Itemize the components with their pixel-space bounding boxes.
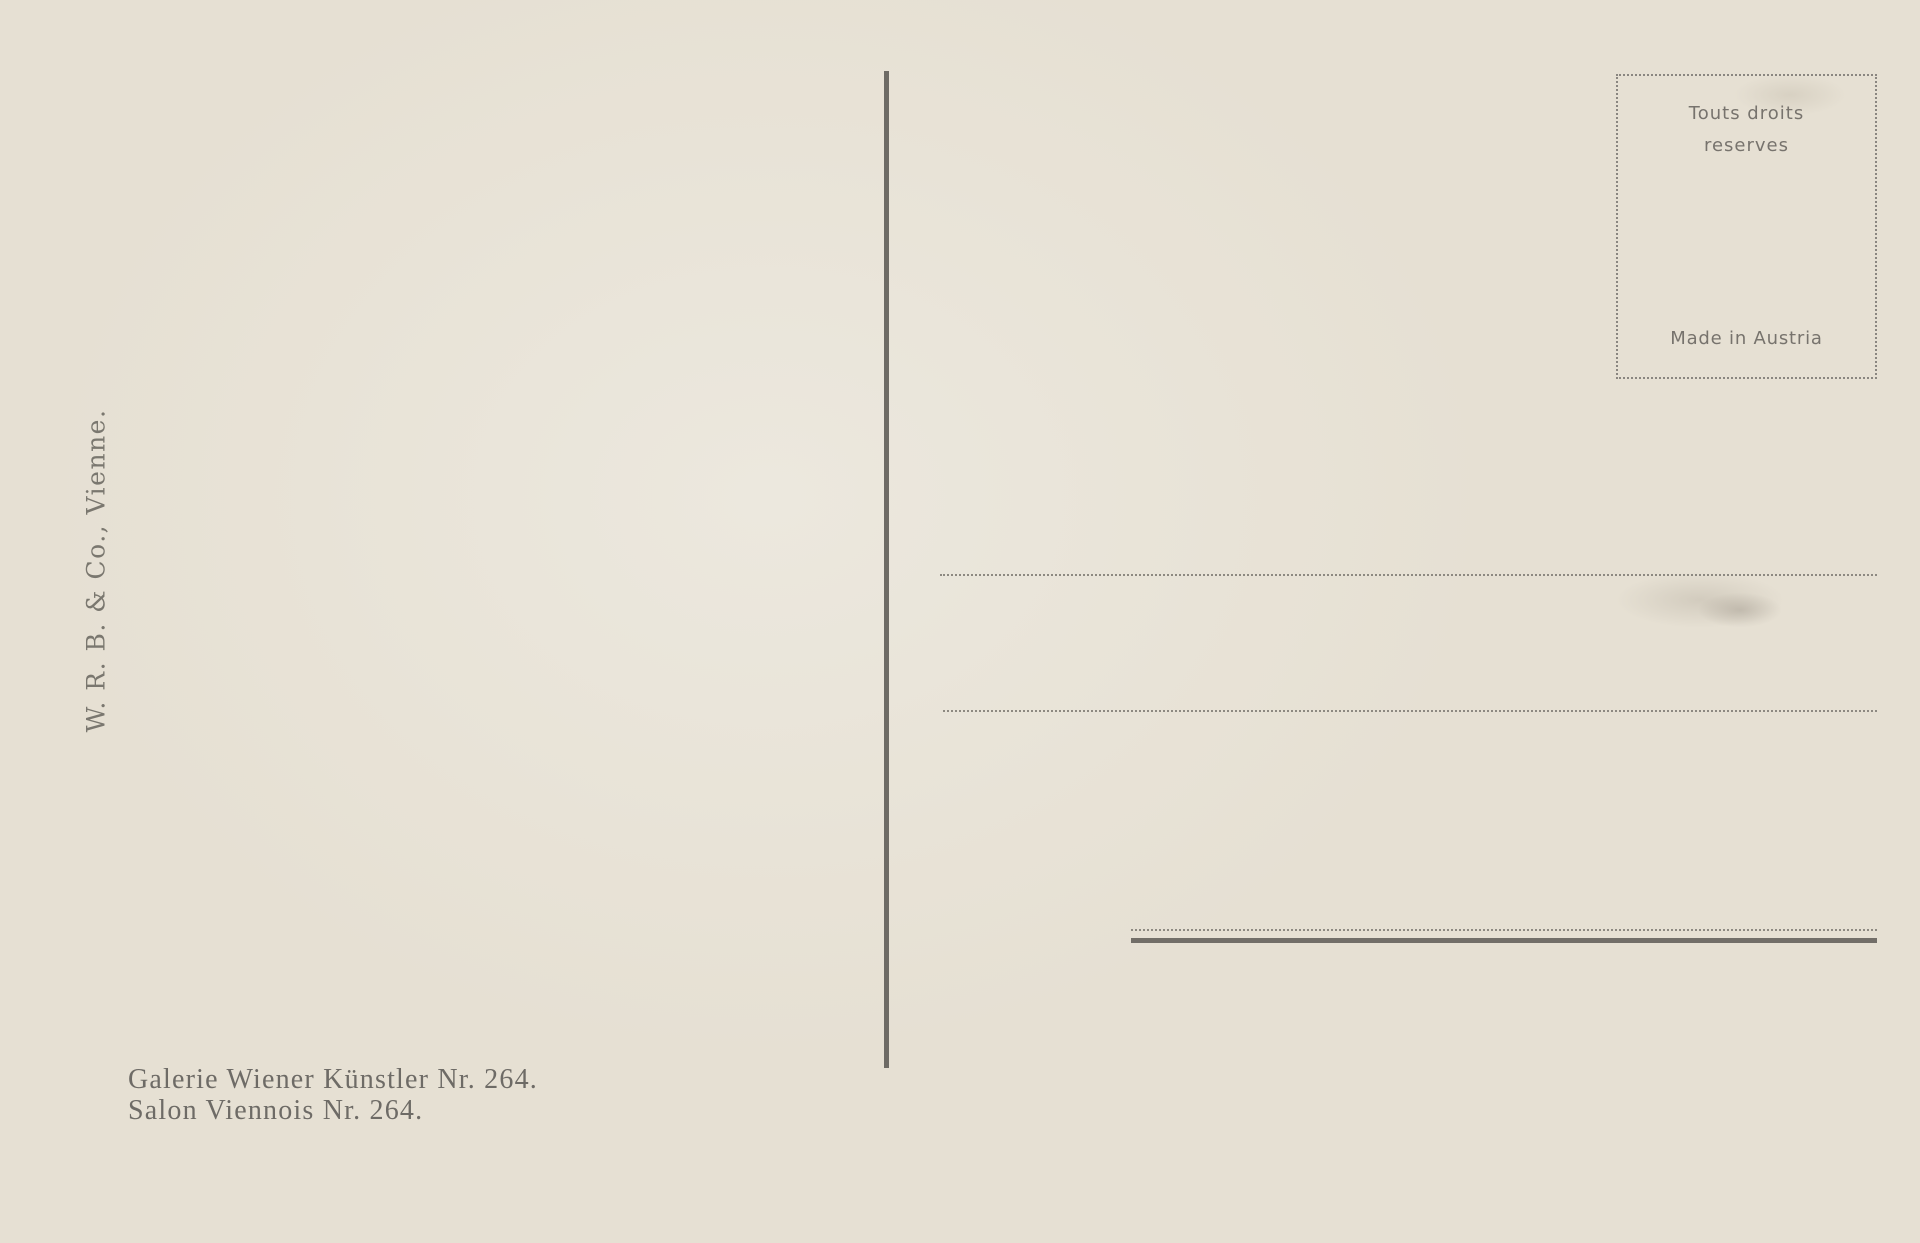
rights-notice: Touts droits reserves — [1618, 98, 1875, 162]
address-line-1 — [940, 574, 1877, 576]
publisher-text: W. R. B. & Co., Vienne. — [82, 408, 111, 732]
origin-notice: Made in Austria — [1618, 328, 1875, 349]
rights-line-1: Touts droits — [1618, 98, 1875, 130]
address-line-2 — [943, 710, 1877, 712]
series-line-german: Galerie Wiener Künstler Nr. 264. — [128, 1064, 538, 1095]
series-line-french: Salon Viennois Nr. 264. — [128, 1095, 538, 1126]
message-address-divider — [884, 71, 889, 1068]
postcard-back: W. R. B. & Co., Vienne. Galerie Wiener K… — [0, 0, 1920, 1243]
address-line-3-solid — [1131, 938, 1877, 943]
rights-line-2: reserves — [1618, 130, 1875, 162]
series-caption: Galerie Wiener Künstler Nr. 264. Salon V… — [128, 1064, 538, 1126]
stamp-box: Touts droits reserves Made in Austria — [1616, 74, 1877, 379]
publisher-imprint: W. R. B. & Co., Vienne. — [78, 378, 114, 762]
address-line-3-dotted — [1131, 929, 1877, 931]
